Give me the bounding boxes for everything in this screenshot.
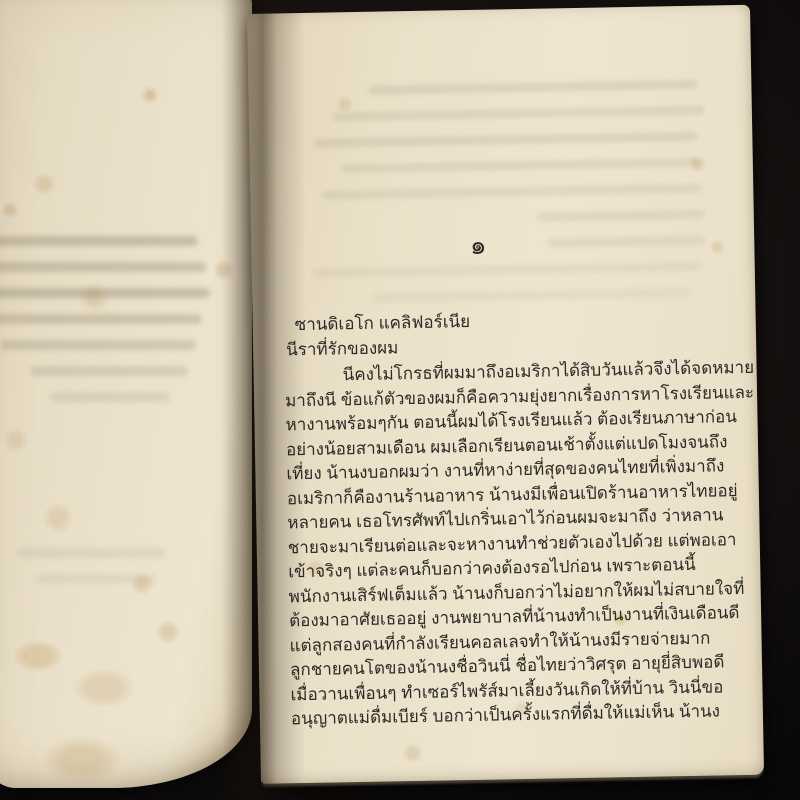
location-line: ซานดิเอโก แคลิฟอร์เนีย [294, 309, 470, 337]
open-book-photo: ๑ ซานดิเอโก แคลิฟอร์เนีย นีราที่รักของผม… [0, 0, 800, 800]
salutation-line: นีราที่รักของผม [286, 335, 399, 362]
chapter-number: ๑ [282, 225, 720, 263]
left-page [0, 0, 252, 788]
foxing-stains-left [0, 0, 252, 788]
bleedthrough-text-right [247, 5, 750, 14]
letter-body: นีคงไม่โกรธที่ผมมาถึงอเมริกาได้สิบวันแล้… [284, 356, 731, 732]
right-page: ๑ ซานดิเอโก แคลิฟอร์เนีย นีราที่รักของผม… [247, 5, 764, 784]
